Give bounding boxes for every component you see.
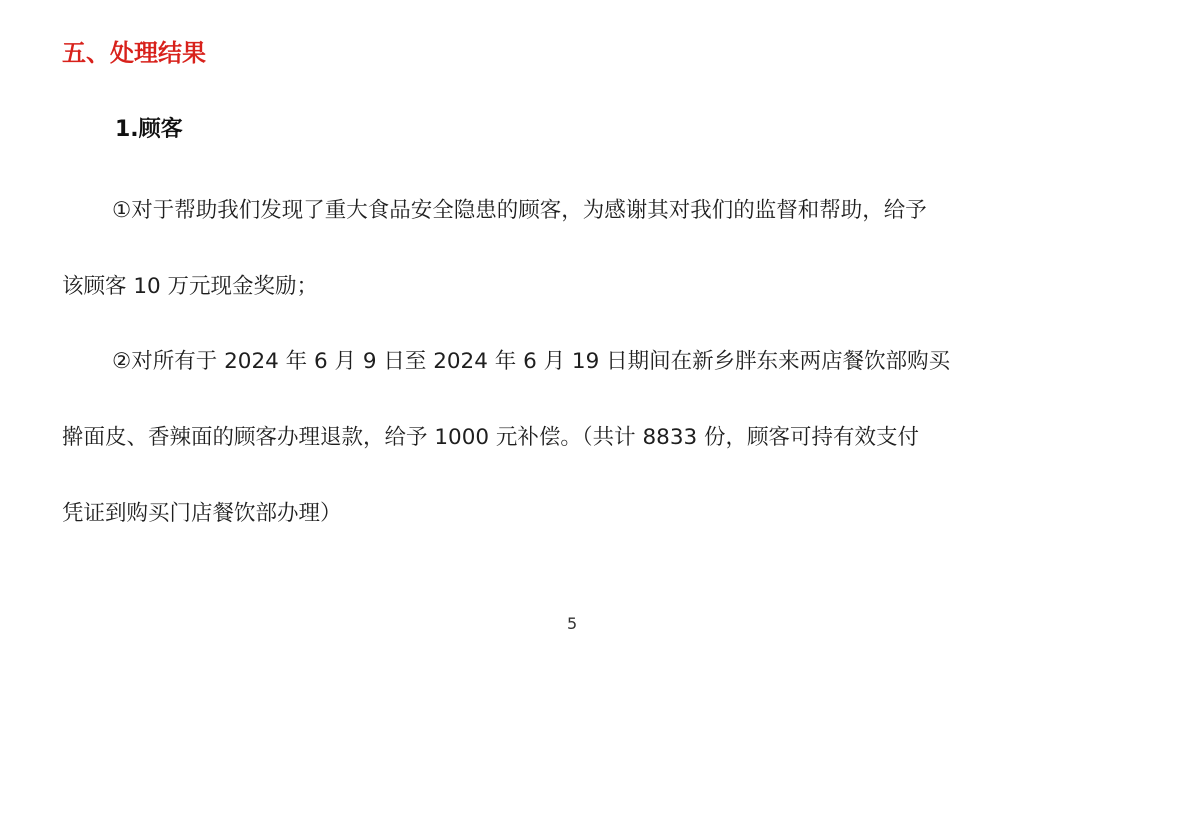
paragraph-line: ②对所有于 2024 年 6 月 9 日至 2024 年 6 月 19 日期间在…	[62, 324, 1092, 400]
paragraph-line: 该顾客 10 万元现金奖励；	[62, 249, 1092, 325]
paragraph-refund: ②对所有于 2024 年 6 月 9 日至 2024 年 6 月 19 日期间在…	[62, 324, 1092, 552]
paragraph-line: 擀面皮、香辣面的顾客办理退款，给予 1000 元补偿。（共计 8833 份，顾客…	[62, 400, 1092, 476]
document-page: 五、处理结果 1.顾客 ①对于帮助我们发现了重大食品安全隐患的顾客，为感谢其对我…	[0, 0, 1200, 814]
sub-heading-customers: 1.顾客	[115, 113, 183, 147]
paragraph-reward: ①对于帮助我们发现了重大食品安全隐患的顾客，为感谢其对我们的监督和帮助，给予 该…	[62, 173, 1092, 325]
page-number: 5	[567, 612, 577, 636]
section-heading: 五、处理结果	[62, 36, 206, 70]
paragraph-line: ①对于帮助我们发现了重大食品安全隐患的顾客，为感谢其对我们的监督和帮助，给予	[62, 173, 1092, 249]
paragraph-line: 凭证到购买门店餐饮部办理）	[62, 476, 1092, 552]
